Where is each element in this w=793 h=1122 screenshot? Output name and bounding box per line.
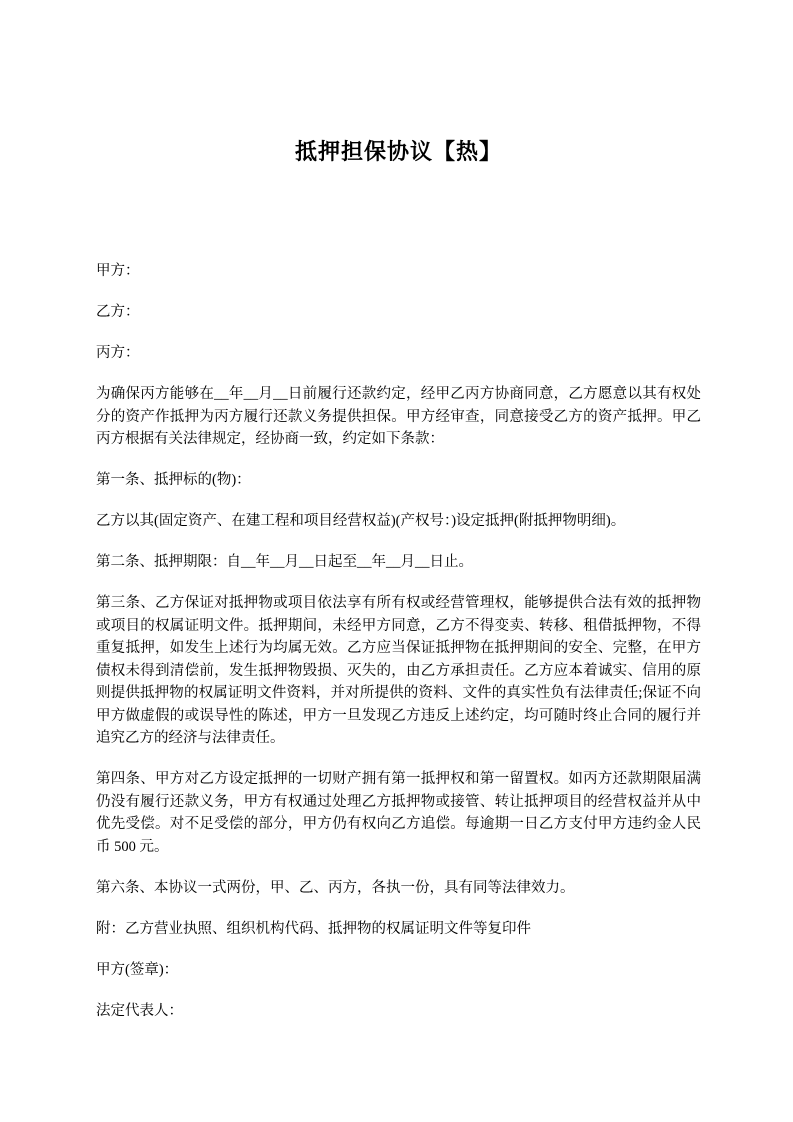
party-a-line: 甲方：	[96, 260, 701, 283]
preamble-paragraph: 为确保丙方能够在__年__月__日前履行还款约定，经甲乙丙方协商同意，乙方愿意以…	[96, 383, 701, 451]
party-a-signature-line: 甲方(签章)：	[96, 959, 701, 982]
party-b-line: 乙方：	[96, 301, 701, 324]
article-2-paragraph: 第二条、抵押期限：自__年__月__日起至__年__月__日止。	[96, 551, 701, 574]
article-3-paragraph: 第三条、乙方保证对抵押物或项目依法享有所有权或经营管理权，能够提供合法有效的抵押…	[96, 592, 701, 750]
article-4-paragraph: 第四条、甲方对乙方设定抵押的一切财产拥有第一抵押权和第一留置权。如丙方还款期限届…	[96, 768, 701, 858]
article-6-paragraph: 第六条、本协议一式两份，甲、乙、丙方，各执一份，具有同等法律效力。	[96, 877, 701, 900]
attachment-note: 附：乙方营业执照、组织机构代码、抵押物的权属证明文件等复印件	[96, 918, 701, 941]
document-title: 抵押担保协议【热】	[96, 138, 701, 166]
article-1-heading: 第一条、抵押标的(物)：	[96, 469, 701, 492]
article-1-body: 乙方以其(固定资产、在建工程和项目经营权益)(产权号：)设定抵押(附抵押物明细)…	[96, 510, 701, 533]
legal-representative-line: 法定代表人：	[96, 1000, 701, 1023]
party-c-line: 丙方：	[96, 342, 701, 365]
document-page: 抵押担保协议【热】 甲方： 乙方： 丙方： 为确保丙方能够在__年__月__日前…	[0, 0, 793, 1122]
